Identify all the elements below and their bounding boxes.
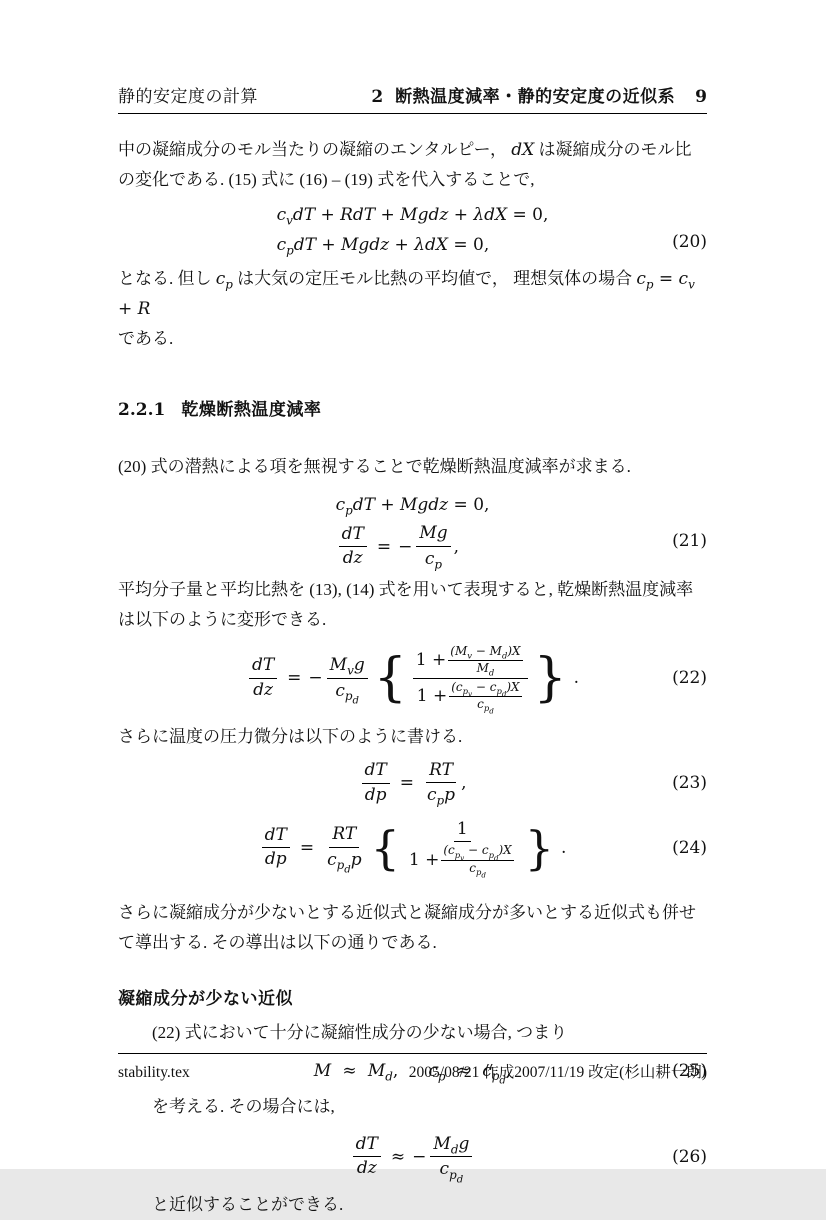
math-token: )X bbox=[499, 843, 512, 857]
running-head-right: 2 断熱温度減率・静的安定度の近似系 9 bbox=[371, 86, 707, 108]
math-cv: c bbox=[679, 269, 689, 289]
right-brace: } bbox=[534, 652, 567, 704]
math-numerator: RT bbox=[426, 761, 456, 784]
paragraph-intro: 中の凝縮成分のモル当たりの凝縮のエンタルピー， dX は凝縮成分のモル比の変化で… bbox=[118, 135, 707, 195]
equation-lines: cvdT + RdT + Mgdz + λdX = 0, cpdT + Mgdz… bbox=[277, 200, 549, 260]
math-denominator: cp bbox=[422, 547, 445, 570]
math-token: (M bbox=[450, 644, 467, 658]
math-token: p bbox=[444, 785, 455, 805]
equation-line: cpdT + Mgdz + λdX = 0, bbox=[277, 230, 549, 260]
math-subscript: pv bbox=[463, 687, 472, 696]
math-numerator: 1 + (Mv − Md)XMd bbox=[413, 645, 528, 679]
document-page: 静的安定度の計算 2 断熱温度減率・静的安定度の近似系 9 中の凝縮成分のモル当… bbox=[0, 0, 826, 1169]
equation-tag: (22) bbox=[672, 663, 707, 693]
paragraph-text: は大気の定圧モル比熱の平均値で， 理想気体の場合 bbox=[233, 269, 636, 288]
math-denominator: dz bbox=[354, 1157, 380, 1179]
math-equals: = bbox=[287, 663, 301, 693]
math-token: g bbox=[354, 655, 365, 675]
math-token: p bbox=[351, 850, 362, 870]
math-fraction: 1 + (Mv − Md)XMd 1 + (cpv − cpd)Xcpd bbox=[413, 645, 528, 712]
math-denominator: cpd bbox=[467, 861, 488, 876]
math-comma: , bbox=[461, 768, 466, 798]
math-small-fraction: (cpv − cpd)Xcpd bbox=[441, 844, 513, 875]
paragraph-mean-molar: 平均分子量と平均比熱を (13), (14) 式を用いて表現すると, 乾燥断熱温… bbox=[118, 575, 707, 635]
math-equals: = bbox=[377, 537, 391, 557]
math-subscript: pv bbox=[455, 851, 464, 860]
math-token: 1 + bbox=[409, 850, 439, 870]
math-denominator: dz bbox=[340, 547, 366, 569]
math-numerator: dT bbox=[362, 761, 390, 784]
math-fraction: dTdz bbox=[249, 656, 277, 700]
math-subscript: pd bbox=[496, 687, 506, 696]
math-token: = 0, bbox=[448, 495, 489, 515]
math-denominator: cpd bbox=[475, 697, 496, 712]
math-token: dT + RdT + Mgdz + λdX bbox=[293, 205, 507, 225]
math-period: . bbox=[561, 833, 566, 863]
paragraph-eq20-note: となる. 但し cp は大気の定圧モル比熱の平均値で， 理想気体の場合 cp =… bbox=[118, 264, 707, 354]
math-fraction: 1 1 + (cpv − cpd)Xcpd bbox=[406, 820, 519, 876]
math-minus: − bbox=[398, 537, 412, 557]
math-fraction: RTcpp bbox=[424, 761, 458, 806]
equation-line: cpdT + Mgdz = 0, bbox=[336, 490, 490, 520]
math-subscript: pd bbox=[337, 858, 351, 872]
math-token: = bbox=[653, 269, 678, 289]
math-token: p bbox=[345, 689, 353, 703]
math-numerator: Mdg bbox=[430, 1134, 472, 1158]
math-minus: − bbox=[412, 1142, 426, 1172]
left-brace: { bbox=[371, 825, 400, 871]
math-token: M bbox=[330, 655, 347, 675]
math-subscript: p bbox=[286, 243, 294, 257]
math-dX: dX bbox=[511, 140, 534, 160]
math-subscript: pd bbox=[449, 1168, 463, 1182]
math-minus: − bbox=[308, 663, 322, 693]
section-heading-ref: 2 断熱温度減率・静的安定度の近似系 bbox=[371, 86, 675, 108]
footer-row: stability.tex 2005/08/21 作成2007/11/19 改定… bbox=[118, 1062, 707, 1084]
equation-tag: (26) bbox=[672, 1142, 707, 1172]
math-token: = 0, bbox=[448, 235, 489, 255]
math-fraction: Mvg cpd bbox=[327, 655, 368, 701]
math-token: (c bbox=[451, 680, 462, 694]
math-denominator: cpd bbox=[437, 1157, 467, 1180]
math-token: − c bbox=[464, 843, 488, 857]
math-subscript: pd bbox=[489, 851, 499, 860]
math-denominator: 1 + (cpv − cpd)Xcpd bbox=[406, 842, 519, 875]
math-denominator: Md bbox=[475, 661, 497, 676]
math-token: 1 + bbox=[417, 686, 447, 706]
footer-filename: stability.tex bbox=[118, 1062, 190, 1084]
math-fraction: Mdg cpd bbox=[430, 1134, 472, 1180]
paragraph-pressure-derivative: さらに温度の圧力微分は以下のように書ける. bbox=[118, 722, 707, 752]
math-fraction: dTdz bbox=[339, 525, 367, 569]
equation-tag: (23) bbox=[672, 768, 707, 798]
math-numerator: 1 bbox=[454, 820, 471, 843]
math-subsubscript: d bbox=[457, 1174, 463, 1185]
math-fraction: dTdp bbox=[362, 761, 390, 805]
math-subscript: p bbox=[434, 557, 442, 571]
math-subsubscript: d bbox=[481, 871, 486, 880]
math-subscript: v bbox=[688, 277, 695, 291]
math-fraction: dTdz bbox=[353, 1135, 381, 1179]
equation-23: dTdp = RTcpp , (23) bbox=[118, 761, 707, 806]
paragraph-heading-few-condensate: 凝縮成分が少ない近似 bbox=[118, 984, 707, 1014]
math-numerator: (cpv − cpd)X bbox=[441, 844, 513, 860]
math-numerator: RT bbox=[329, 825, 359, 848]
math-token: )X bbox=[506, 680, 519, 694]
math-token: c bbox=[427, 785, 437, 805]
math-numerator: Mg bbox=[416, 524, 450, 547]
math-token: M bbox=[433, 1134, 450, 1154]
math-token: − c bbox=[472, 680, 496, 694]
math-subscript: p bbox=[225, 277, 233, 291]
math-equals: = bbox=[300, 833, 314, 863]
math-approx: ≈ bbox=[391, 1142, 405, 1172]
math-token: c bbox=[336, 495, 346, 515]
paragraph-approximation-conclusion: と近似することができる. bbox=[118, 1190, 707, 1220]
paragraph-few-condensate-condition: (22) 式において十分に凝縮性成分の少ない場合, つまり bbox=[118, 1018, 707, 1048]
math-small-fraction: (cpv − cpd)Xcpd bbox=[449, 681, 521, 712]
math-subsubscript: d bbox=[489, 707, 494, 716]
equation-lines: cpdT + Mgdz = 0, dTdz = − Mgcp , bbox=[336, 490, 490, 569]
math-token: c bbox=[335, 681, 345, 701]
math-token: p bbox=[449, 1168, 457, 1182]
header-rule bbox=[118, 113, 707, 114]
math-fraction: RTcpdp bbox=[324, 825, 365, 870]
math-token: c bbox=[469, 861, 476, 875]
equation-20: cvdT + RdT + Mgdz + λdX = 0, cpdT + Mgdz… bbox=[118, 200, 707, 260]
math-token: c bbox=[277, 205, 287, 225]
page-header: 静的安定度の計算 2 断熱温度減率・静的安定度の近似系 9 bbox=[118, 86, 707, 108]
math-denominator: cpdp bbox=[324, 848, 365, 871]
math-token: c bbox=[327, 850, 337, 870]
math-subscript: pd bbox=[476, 868, 486, 877]
math-equals: = bbox=[400, 768, 414, 798]
math-token: (c bbox=[443, 843, 454, 857]
math-numerator: dT bbox=[353, 1135, 381, 1158]
math-comma: , bbox=[454, 537, 459, 557]
math-token: M bbox=[477, 661, 489, 675]
math-denominator: 1 + (cpv − cpd)Xcpd bbox=[414, 679, 527, 712]
math-numerator: Mvg bbox=[327, 655, 368, 679]
math-fraction: dTdp bbox=[262, 826, 290, 870]
math-subsubscript: d bbox=[353, 696, 359, 707]
math-token: c bbox=[277, 235, 287, 255]
math-token: c bbox=[425, 549, 435, 569]
math-subscript: v bbox=[286, 213, 293, 227]
math-token: )X bbox=[507, 644, 520, 658]
left-brace: { bbox=[374, 652, 407, 704]
paragraph-dry-lapse-intro: (20) 式の潜熱による項を無視することで乾燥断熱温度減率が求まる. bbox=[118, 452, 707, 482]
math-numerator: dT bbox=[262, 826, 290, 849]
section-title: 断熱温度減率・静的安定度の近似系 bbox=[395, 86, 675, 108]
equation-tag: (20) bbox=[672, 227, 707, 257]
paragraph-consider-case: を考える. その場合には, bbox=[118, 1092, 707, 1122]
math-denominator: cpp bbox=[424, 783, 458, 806]
equation-line: dTdz = − Mgcp , bbox=[336, 524, 490, 569]
math-numerator: dT bbox=[339, 525, 367, 548]
math-subscript: pd bbox=[345, 689, 359, 703]
subsubsection-number: 2.2.1 bbox=[118, 400, 165, 420]
paragraph-text: となる. 但し bbox=[118, 269, 216, 288]
math-token: = 0, bbox=[507, 205, 548, 225]
math-denominator: cpd bbox=[332, 679, 362, 702]
paragraph-text: である. bbox=[118, 329, 173, 348]
subsubsection-heading: 2.2.1乾燥断熱温度減率 bbox=[118, 398, 707, 422]
page-number: 9 bbox=[695, 86, 707, 108]
footer-revision: 2005/08/21 作成2007/11/19 改定(杉山耕一朗) bbox=[409, 1062, 707, 1084]
equation-22: dTdz = − Mvg cpd { 1 + (Mv − Md)XMd 1 + … bbox=[118, 645, 707, 712]
math-numerator: dT bbox=[249, 656, 277, 679]
math-period: . bbox=[574, 663, 579, 693]
math-subscript: pd bbox=[484, 704, 494, 713]
section-number: 2 bbox=[371, 86, 383, 108]
math-fraction: Mgcp bbox=[416, 524, 450, 569]
math-small-fraction: (Mv − Md)XMd bbox=[448, 645, 522, 676]
footer-rule bbox=[118, 1053, 707, 1054]
math-token: − M bbox=[472, 644, 502, 658]
paragraph-text: 中の凝縮成分のモル当たりの凝縮のエンタルピー， bbox=[118, 140, 511, 159]
math-token: + R bbox=[118, 299, 150, 319]
equation-26: dTdz ≈ − Mdg cpd (26) bbox=[118, 1134, 707, 1180]
page-footer: stability.tex 2005/08/21 作成2007/11/19 改定… bbox=[118, 1053, 707, 1084]
paragraph-approximations-intro: さらに凝縮成分が少ないとする近似式と凝縮成分が多いとする近似式も併せて導出する.… bbox=[118, 898, 707, 958]
equation-line: cvdT + RdT + Mgdz + λdX = 0, bbox=[277, 200, 549, 230]
math-numerator: (cpv − cpd)X bbox=[449, 681, 521, 697]
math-token: 1 + bbox=[416, 650, 446, 670]
equation-tag: (24) bbox=[672, 833, 707, 863]
subsubsection-title: 乾燥断熱温度減率 bbox=[181, 400, 321, 419]
math-token: c bbox=[440, 1159, 450, 1179]
running-head-left: 静的安定度の計算 bbox=[118, 86, 258, 108]
equation-24: dTdp = RTcpdp { 1 1 + (cpv − cpd)Xcpd } … bbox=[118, 820, 707, 876]
equation-tag: (21) bbox=[672, 526, 707, 556]
paragraph-heading-label: 凝縮成分が少ない近似 bbox=[118, 989, 293, 1008]
right-brace: } bbox=[525, 825, 554, 871]
math-token: dT + Mgdz bbox=[353, 495, 448, 515]
math-subscript: d bbox=[489, 667, 494, 677]
math-cp: c bbox=[636, 269, 646, 289]
math-denominator: dp bbox=[362, 784, 390, 806]
math-denominator: dp bbox=[262, 848, 290, 870]
math-cp: c bbox=[216, 269, 226, 289]
math-denominator: dz bbox=[250, 679, 276, 701]
math-subscript: v bbox=[347, 664, 354, 678]
equation-21: cpdT + Mgdz = 0, dTdz = − Mgcp , (21) bbox=[118, 490, 707, 569]
math-token: g bbox=[458, 1134, 469, 1154]
math-subscript: p bbox=[345, 503, 353, 517]
math-token: dT + Mgdz + λdX bbox=[294, 235, 448, 255]
math-numerator: (Mv − Md)X bbox=[448, 645, 522, 661]
math-token: c bbox=[477, 697, 484, 711]
